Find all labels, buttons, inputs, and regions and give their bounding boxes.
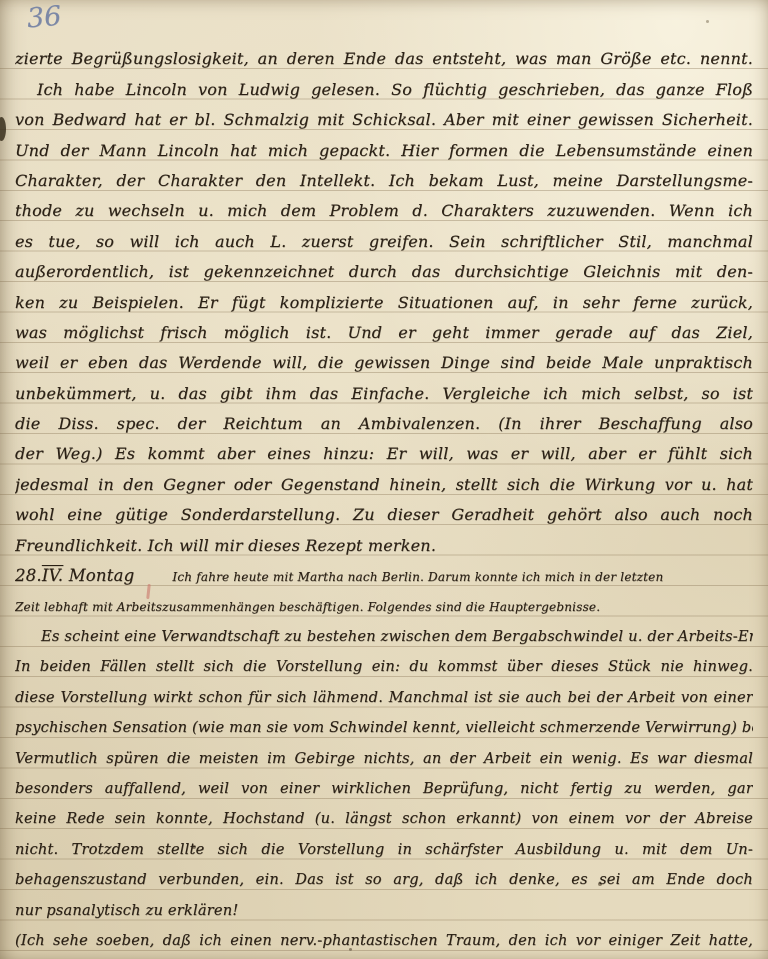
- handwritten-line: unbekümmert, u. das gibt ihm das Einfach…: [15, 379, 753, 409]
- handwritten-line: jedesmal in den Gegner oder Gegenstand h…: [15, 470, 753, 500]
- handwritten-line-small: Zeit lebhaft mit Arbeitszusammenhängen b…: [15, 592, 753, 622]
- handwritten-line: Ich habe Lincoln von Ludwig gelesen. So …: [15, 75, 753, 105]
- handwritten-line: nur psanalytisch zu erklären!: [15, 896, 753, 926]
- handwritten-line: ken zu Beispielen. Er fügt komplizierte …: [15, 288, 753, 318]
- handwritten-line: weil er eben das Werdende will, die gewi…: [15, 348, 753, 378]
- handwritten-line: es tue, so will ich auch L. zuerst greif…: [15, 227, 753, 257]
- date-heading: 28.IV. Montag: [15, 561, 138, 591]
- lincoln-paragraph: Ich habe Lincoln von Ludwig gelesen. So …: [15, 75, 753, 561]
- handwritten-line: die Diss. spec. der Reichtum an Ambivale…: [15, 409, 753, 439]
- handwritten-line: der Weg.) Es kommt aber eines hinzu: Er …: [15, 439, 753, 469]
- handwritten-line: besonders auffallend, weil von einer wir…: [15, 774, 753, 804]
- paper-speck: [706, 20, 709, 23]
- handwritten-line: diese Vorstellung wirkt schon für sich l…: [15, 683, 753, 713]
- handwritten-line: Es scheint eine Verwandtschaft zu besteh…: [15, 622, 753, 652]
- handwritten-line: außerordentlich, ist gekennzeichnet durc…: [15, 257, 753, 287]
- handwritten-line: Und der Mann Lincoln hat mich gepackt. H…: [15, 136, 753, 166]
- date-day: 28.: [15, 566, 42, 585]
- handwritten-line: In beiden Fällen stellt sich die Vorstel…: [15, 652, 753, 682]
- handwritten-line: thode zu wechseln u. mich dem Problem d.…: [15, 196, 753, 226]
- entry-paragraph: Es scheint eine Verwandtschaft zu besteh…: [15, 622, 753, 926]
- handwritten-line: Vermutlich spüren die meisten im Gebirge…: [15, 744, 753, 774]
- entry-date-line: 28.IV. MontagIch fahre heute mit Martha …: [15, 561, 753, 591]
- handwritten-line: zierte Begrüßungslosigkeit, an deren End…: [15, 44, 753, 74]
- handwritten-line: behagenszustand verbunden, ein. Das ist …: [15, 865, 753, 895]
- handwritten-line: wohl eine gütige Sonderdarstellung. Zu d…: [15, 500, 753, 530]
- handwritten-line: (Ich sehe soeben, daß ich einen nerv.-ph…: [15, 926, 753, 956]
- handwritten-line: von Bedward hat er bl. Schmalzig mit Sch…: [15, 105, 753, 135]
- manuscript-page: 36 zierte Begrüßungslosigkeit, an deren …: [0, 0, 768, 959]
- entry-intro: Zeit lebhaft mit Arbeitszusammenhängen b…: [15, 592, 753, 622]
- handwritten-line: Freundlichkeit. Ich will mir dieses Reze…: [15, 531, 753, 561]
- handwritten-line: was möglichst frisch möglich ist. Und er…: [15, 318, 753, 348]
- page-number: 36: [26, 1, 63, 35]
- handwritten-line: Charakter, der Charakter den Intellekt. …: [15, 166, 753, 196]
- postscript: (Ich sehe soeben, daß ich einen nerv.-ph…: [15, 926, 753, 956]
- date-weekday: Montag: [63, 566, 134, 585]
- handwritten-line: keine Rede sein konnte, Hochstand (u. lä…: [15, 804, 753, 834]
- handwritten-line-small: Ich fahre heute mit Martha nach Berlin. …: [172, 570, 663, 584]
- handwritten-line: psychischen Sensation (wie man sie vom S…: [15, 713, 753, 743]
- handwritten-line: nicht. Trotzdem stellte sich die Vorstel…: [15, 835, 753, 865]
- date-month-roman: IV.: [42, 566, 63, 585]
- continuation-paragraph: zierte Begrüßungslosigkeit, an deren End…: [15, 44, 753, 74]
